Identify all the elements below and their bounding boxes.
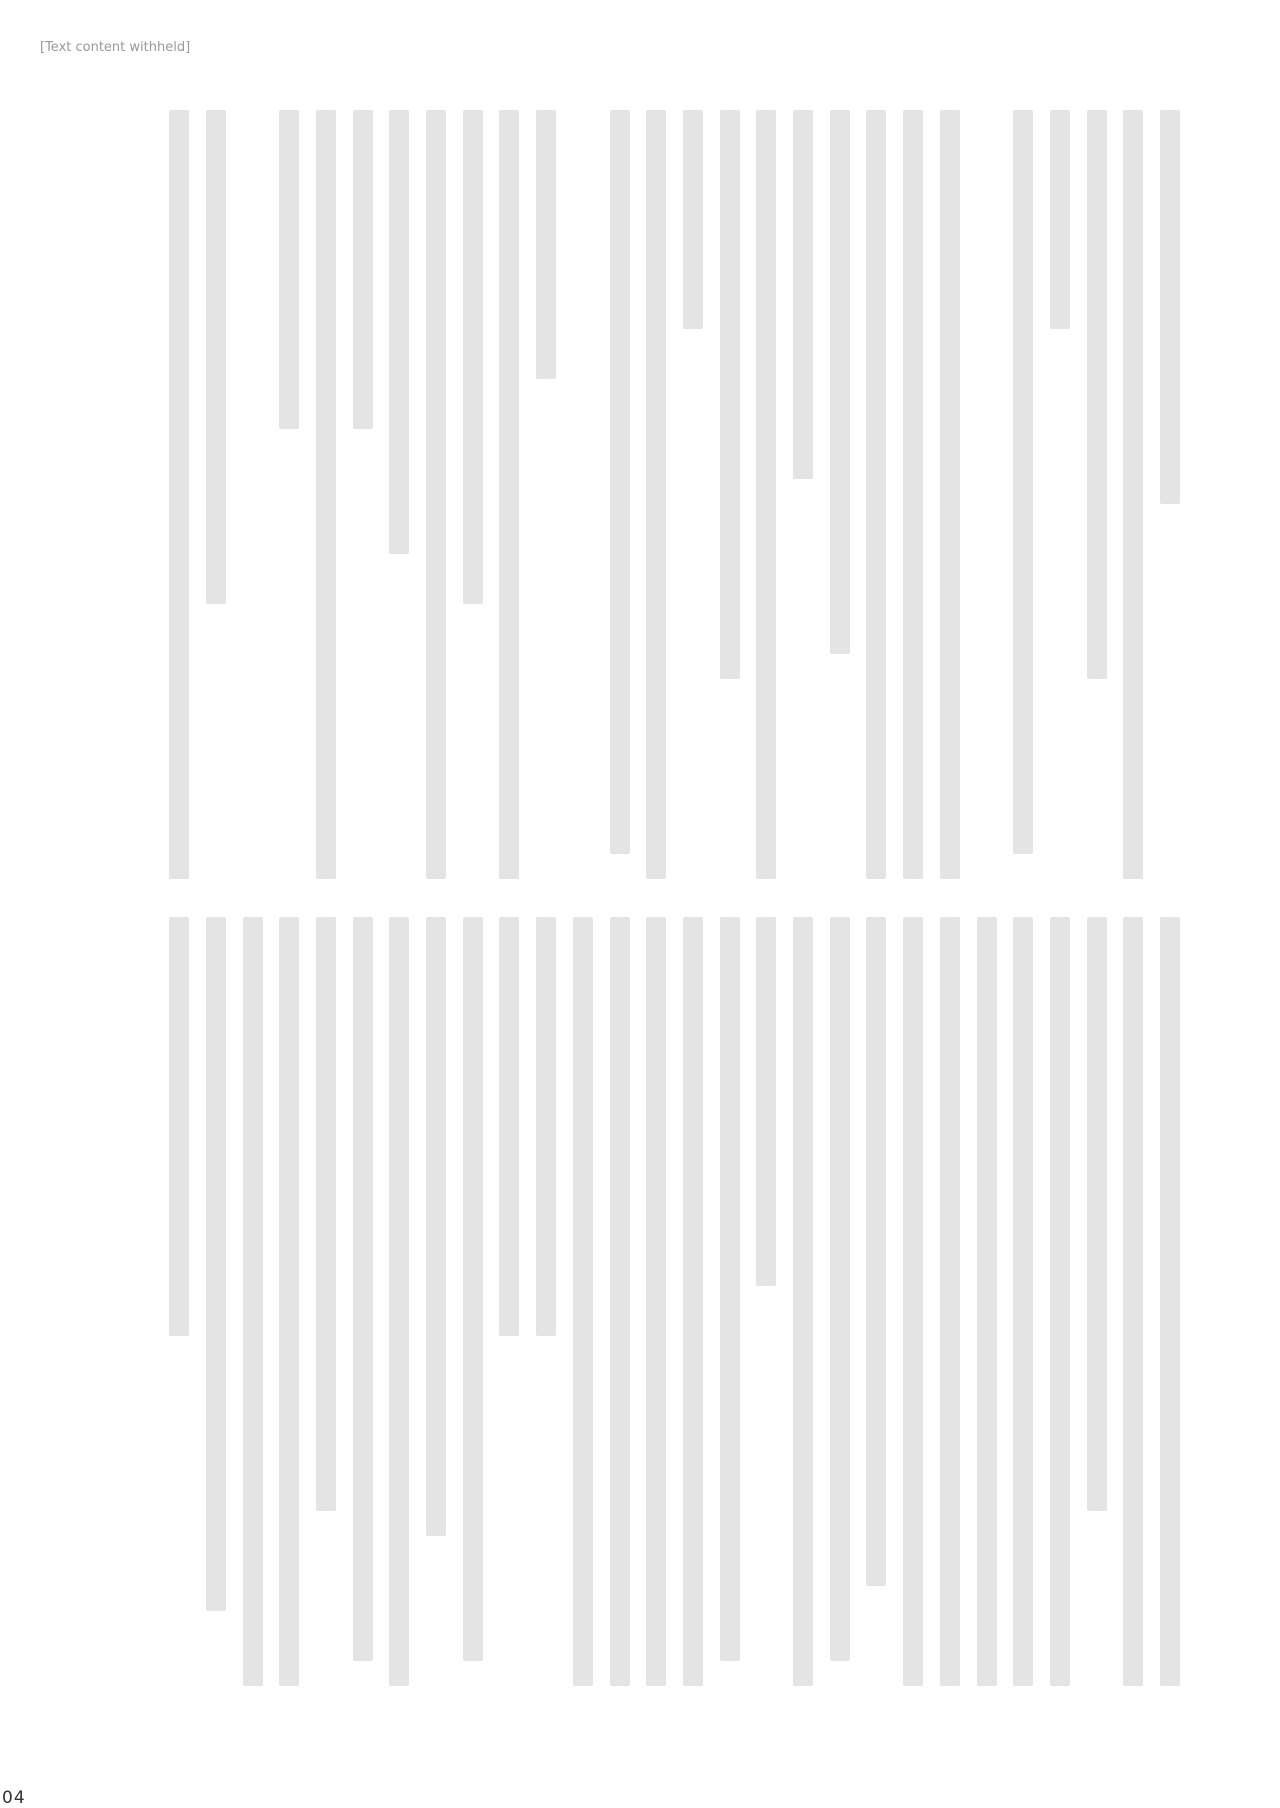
redacted-text-line [243,917,263,1686]
redacted-text-line [353,110,373,429]
redacted-text-line [903,917,923,1686]
redacted-text-line [683,110,703,329]
redacted-text-line [610,917,630,1686]
redacted-text-line [426,110,446,879]
redacted-text-line [463,110,483,604]
redacted-text-line [426,917,446,1536]
redacted-text-line [756,110,776,879]
redacted-text-line [1087,917,1107,1511]
redacted-text-line [169,110,189,879]
redacted-text-line [536,917,556,1336]
redacted-text-line [830,917,850,1661]
redacted-text-line [756,917,776,1286]
redacted-text-line [1087,110,1107,679]
redacted-text-line [866,110,886,879]
redacted-text-line [1013,110,1033,854]
redacted-text-line [1013,917,1033,1686]
redacted-text-line [573,917,593,1686]
redacted-text-line [316,110,336,879]
redacted-text-line [646,917,666,1686]
redacted-text-line [279,110,299,429]
redacted-text-line [389,917,409,1686]
redacted-text-line [1050,917,1070,1686]
redacted-text-line [1160,917,1180,1686]
redacted-text-line [720,917,740,1661]
redacted-text-line [499,917,519,1336]
redacted-text-line [1123,917,1143,1686]
redacted-text-line [536,110,556,379]
redaction-notice: [Text content withheld] [40,40,190,55]
redacted-text-line [1123,110,1143,879]
redacted-text-line [793,110,813,479]
redacted-text-line [830,110,850,654]
redacted-text-line [206,110,226,604]
redacted-text-line [1050,110,1070,329]
page-number: 04 [2,1788,26,1808]
redacted-text-line [866,917,886,1586]
redacted-text-line [720,110,740,679]
redacted-text-line [169,917,189,1336]
redacted-text-line [977,917,997,1686]
redacted-text-line [1160,110,1180,504]
redacted-text-line [940,917,960,1686]
redacted-text-line [793,917,813,1686]
redacted-text-line [463,917,483,1661]
redacted-text-line [316,917,336,1511]
redacted-text-line [279,917,299,1686]
redacted-text-line [683,917,703,1686]
redacted-text-line [903,110,923,879]
redacted-text-line [646,110,666,879]
redacted-text-line [499,110,519,879]
redacted-text-line [389,110,409,554]
redacted-text-line [206,917,226,1611]
redacted-text-line [940,110,960,879]
redacted-text-line [353,917,373,1661]
redacted-text-line [610,110,630,854]
